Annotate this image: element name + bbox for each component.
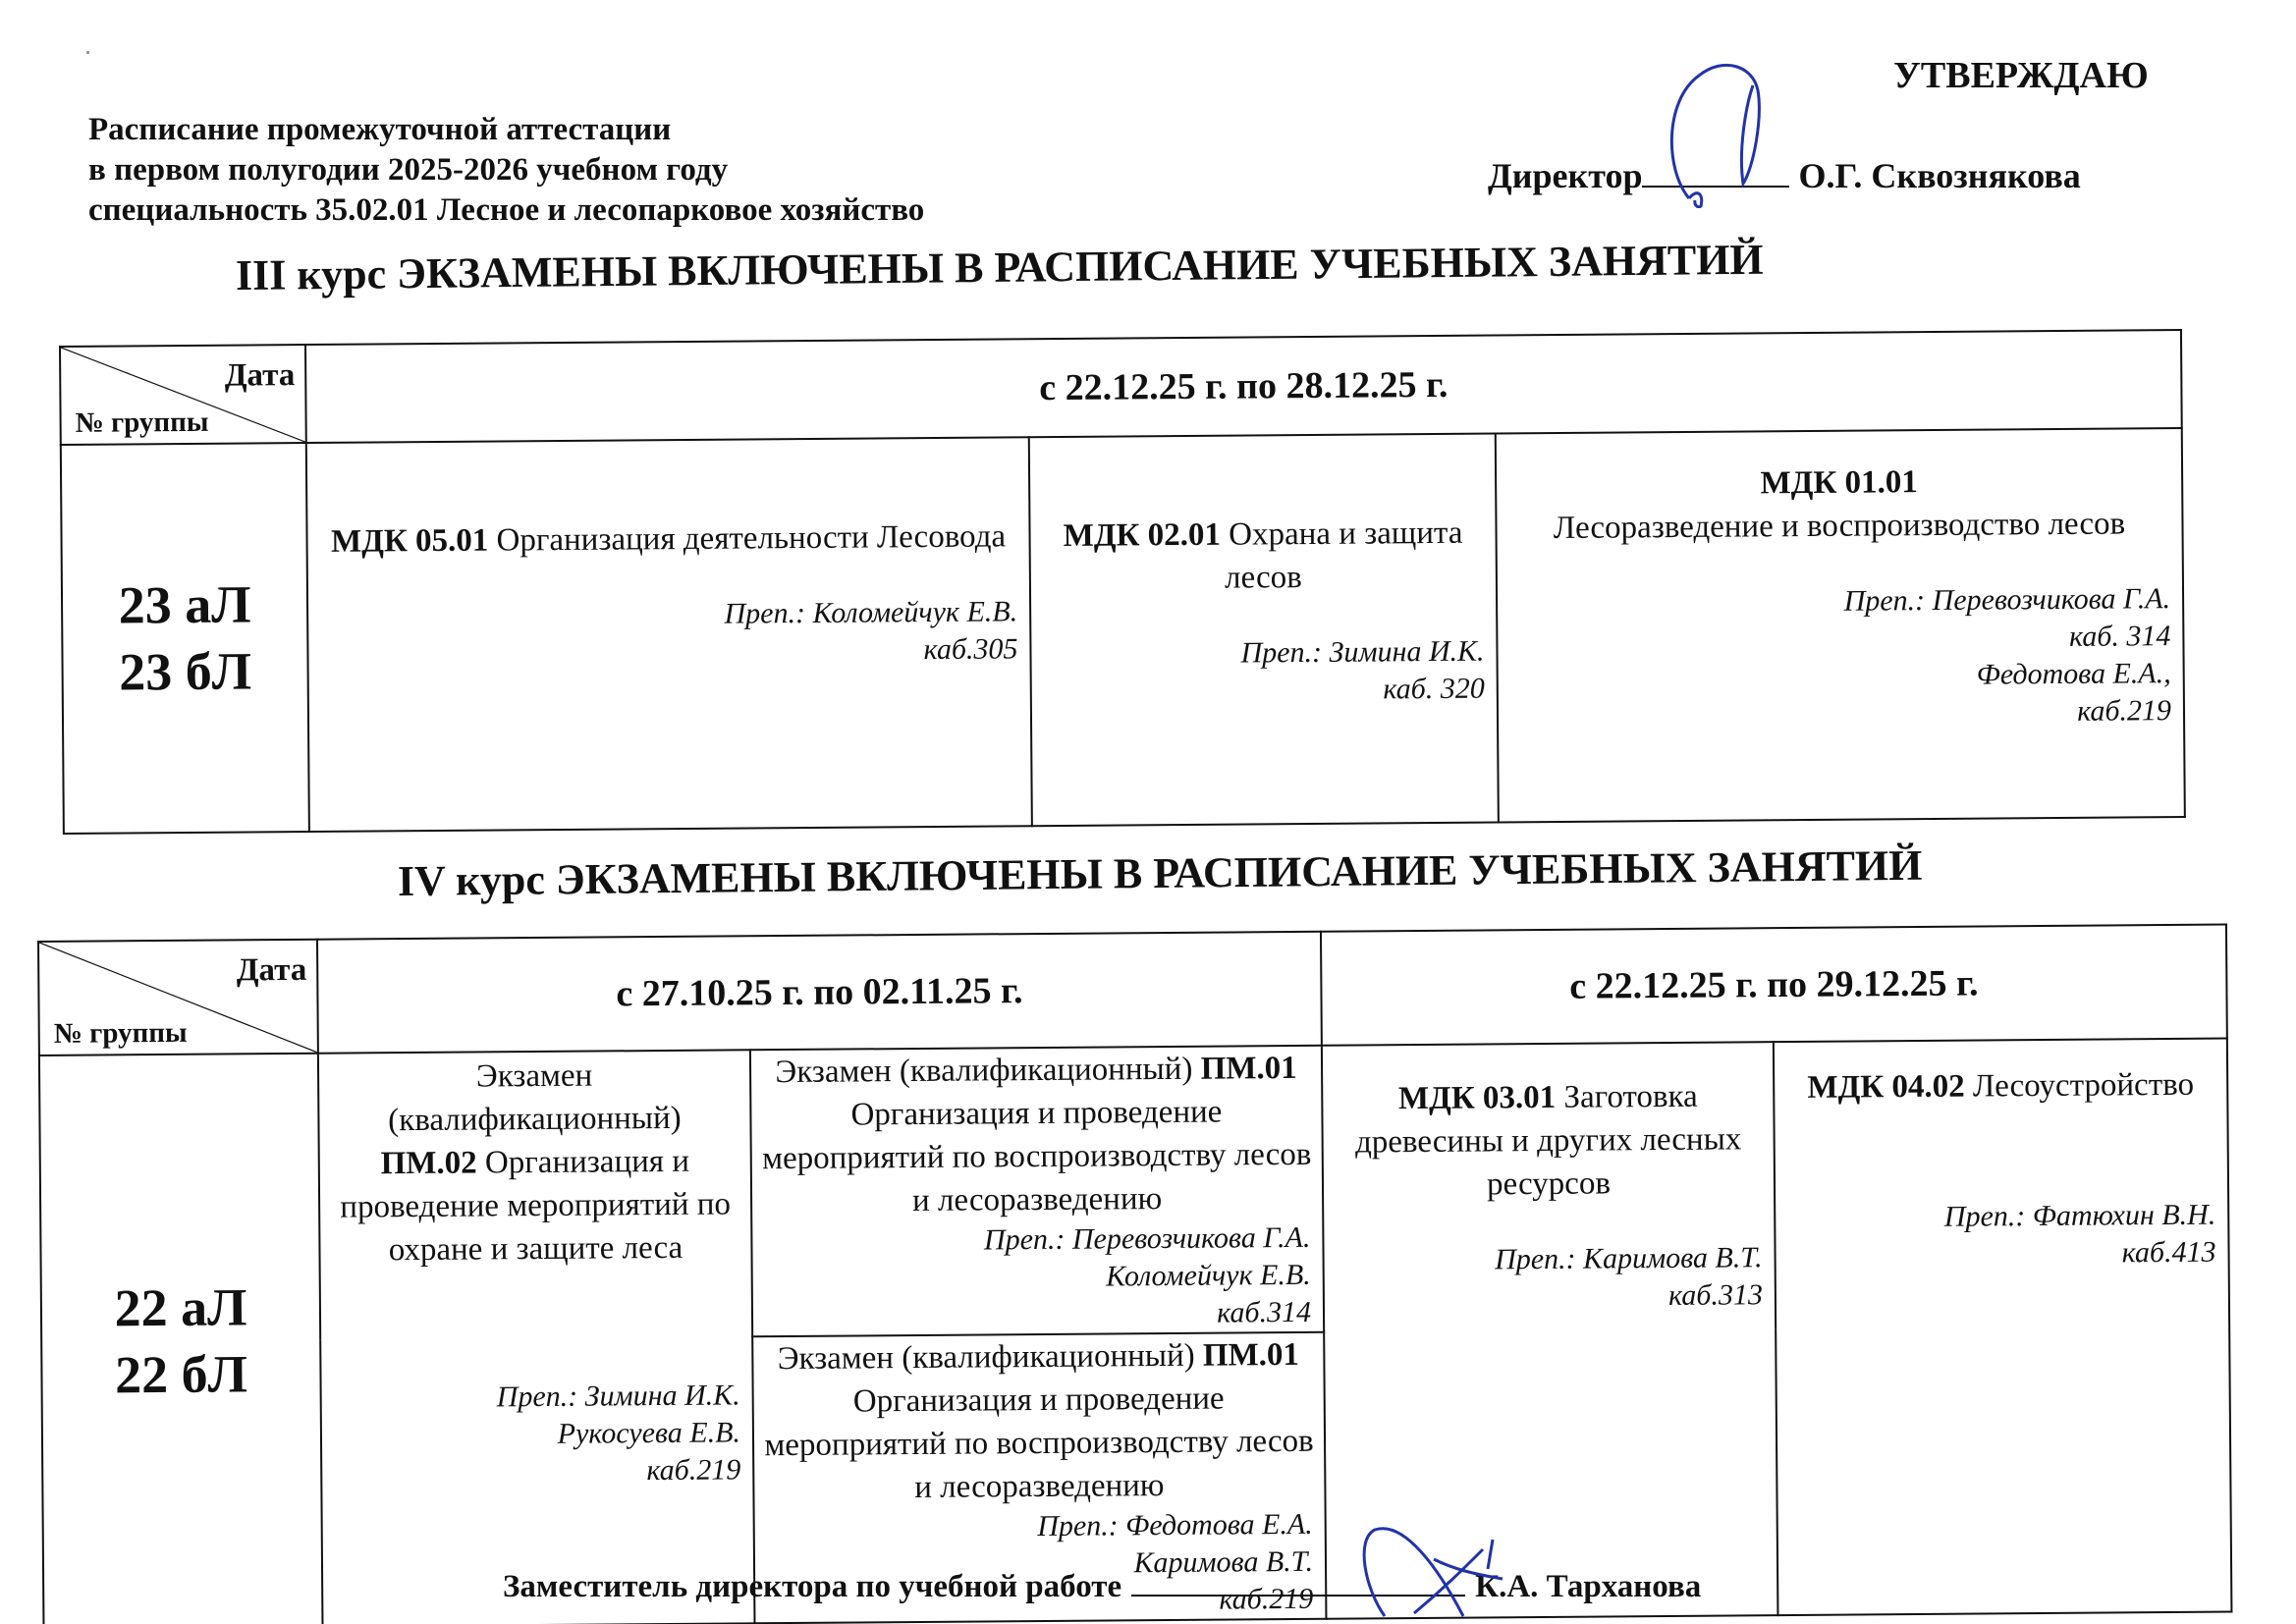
exam-cell: Экзамен (квалификационный) ПМ.01Организа… [750, 1046, 1324, 1337]
subject-code: МДК 04.02 [1807, 1069, 1965, 1106]
date-label: Дата [237, 952, 307, 990]
exam-cell: МДК 01.01Лесоразведение и воспроизводств… [1496, 428, 2185, 822]
teacher-line: Преп.: Зимина И.К. [322, 1377, 740, 1417]
exam-cell: МДК 02.01 Охрана и защита лесов Преп.: З… [1029, 434, 1499, 827]
exam-prefix: Экзамен (квалификационный) [775, 1052, 1192, 1090]
title-line: Расписание промежуточной аттестации [88, 110, 924, 150]
subject-name: Лесоразведение и воспроизводство лесов [1554, 506, 2126, 546]
subject-name: Лесоустройство [1973, 1067, 2194, 1105]
room-line: каб.305 [308, 630, 1017, 674]
teacher-line: Преп.: Перевозчикова Г.А. [1498, 580, 2170, 623]
deputy-signature-icon [1345, 1520, 1561, 1618]
group-cell: 23 аЛ 23 бЛ [61, 443, 309, 834]
subject-code: МДК 02.01 [1064, 517, 1222, 554]
group-label: № группы [75, 406, 208, 440]
document-title: Расписание промежуточной аттестации в пе… [88, 110, 924, 231]
subject-name: Организация деятельности Лесовода [496, 518, 1006, 558]
room-line: каб. 314 [1498, 618, 2170, 660]
title-line: в первом полугодии 2025-2026 учебном год… [88, 150, 924, 190]
room-line: каб.219 [1499, 692, 2171, 734]
group-cell: 22 аЛ 22 бЛ [39, 1054, 323, 1624]
subject-name: Организация и проведение мероприятий по … [764, 1381, 1314, 1505]
room-line: каб.314 [753, 1294, 1311, 1335]
group-name: 23 бЛ [63, 637, 307, 706]
subject-code: ПМ.01 [1200, 1051, 1296, 1087]
group-name: 22 бЛ [42, 1340, 320, 1409]
course3-schedule-table: Дата № группы с 22.12.25 г. по 28.12.25 … [59, 329, 2186, 835]
course4-title: IV курс ЭКЗАМЕНЫ ВКЛЮЧЕНЫ В РАСПИСАНИЕ У… [398, 840, 1923, 906]
director-position: Директор [1488, 156, 1642, 195]
teacher-line: Преп.: Каримова В.Т. [1324, 1239, 1762, 1280]
date-label: Дата [225, 357, 296, 395]
subject-code: ПМ.02 [381, 1145, 477, 1181]
teacher-line: Преп.: Перевозчикова Г.А. [752, 1219, 1310, 1261]
room-line: каб.413 [1776, 1234, 2215, 1275]
group-name: 22 аЛ [42, 1273, 320, 1342]
director-signature-icon [1660, 61, 1787, 208]
subject-code: МДК 03.01 [1398, 1080, 1557, 1116]
exam-prefix: Экзамен (квалификационный) [388, 1058, 682, 1139]
deputy-position: Заместитель директора по учебной работе [503, 1569, 1121, 1604]
group-name: 23 аЛ [63, 570, 307, 639]
course3-title: III курс ЭКЗАМЕНЫ ВКЛЮЧЕНЫ В РАСПИСАНИЕ … [236, 235, 1764, 300]
teacher-line: Рукосуева Е.В. [322, 1414, 740, 1454]
corner-header-cell: Дата № группы [60, 345, 306, 445]
approval-label: УТВЕРЖДАЮ [1893, 54, 2149, 97]
exam-cell: МДК 05.01 Организация деятельности Лесов… [306, 437, 1032, 832]
subject-name: Организация и проведение мероприятий по … [762, 1095, 1312, 1218]
exam-prefix: Экзамен (квалификационный) [778, 1338, 1195, 1377]
period-header: с 27.10.25 г. по 02.11.25 г. [317, 932, 1322, 1054]
scan-speck [86, 51, 89, 54]
course4-schedule-table: Дата № группы с 27.10.25 г. по 02.11.25 … [37, 923, 2232, 1624]
teacher-line: Коломейчук Е.В. [753, 1257, 1311, 1298]
exam-cell: МДК 04.02 Лесоустройство Преп.: Фатюхин … [1774, 1038, 2232, 1615]
exam-cell: Экзамен (квалификационный)ПМ.02 Организа… [318, 1050, 755, 1624]
teacher-line: Преп.: Коломейчук Е.В. [308, 593, 1017, 636]
corner-header-cell: Дата № группы [38, 940, 318, 1056]
group-label: № группы [54, 1017, 188, 1051]
teacher-line: Преп.: Фатюхин В.Н. [1776, 1197, 2215, 1238]
subject-code: МДК 01.01 [1760, 464, 1918, 501]
title-line: специальность 35.02.01 Лесное и лесопарк… [88, 190, 924, 231]
subject-code: ПМ.01 [1203, 1337, 1299, 1374]
room-line: каб. 320 [1032, 671, 1485, 712]
teacher-line: Федотова Е.А., [1499, 655, 2171, 697]
period-header: с 22.12.25 г. по 29.12.25 г. [1321, 924, 2227, 1045]
room-line: каб.219 [322, 1451, 740, 1491]
subject-code: МДК 05.01 [331, 523, 489, 560]
room-line: каб.313 [1325, 1276, 1763, 1318]
director-name: О.Г. Сквознякова [1798, 156, 2080, 195]
teacher-line: Преп.: Федотова Е.А. [755, 1506, 1313, 1547]
subject-name: Охрана и защита лесов [1225, 515, 1463, 596]
period-header: с 22.12.25 г. по 28.12.25 г. [305, 330, 2182, 443]
teacher-line: Преп.: Зимина И.К. [1031, 633, 1484, 675]
